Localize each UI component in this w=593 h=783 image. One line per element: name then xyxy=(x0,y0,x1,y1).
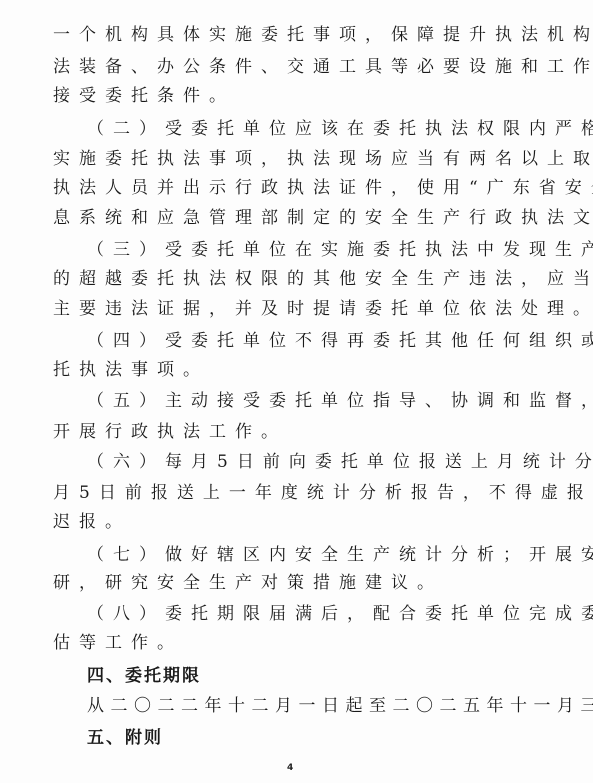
paragraph-7-line-2: 研，研究安全生产对策措施建议。 xyxy=(53,572,533,594)
paragraph-2-line-3: 执法人员并出示行政执法证件，使用“广东省安全生产执法”信 xyxy=(53,177,533,199)
paragraph-2-line-2: 实施委托执法事项，执法现场应当有两名以上取得有效执法证件 xyxy=(53,148,533,170)
paragraph-8-line-1: （八）委托期限届满后，配合委托单位完成委托执法成效评 xyxy=(87,603,567,625)
paragraph-5-line-2: 开展行政执法工作。 xyxy=(53,421,533,443)
paragraph-5-line-1: （五）主动接受委托单位指导、协调和监督，配合委托单位 xyxy=(87,390,567,412)
paragraph-3-line-3: 主要违法证据，并及时提请委托单位依法处理。 xyxy=(53,298,533,320)
paragraph-2-line-1: （二）受委托单位应该在委托执法权限内严格按照法律规定 xyxy=(87,118,567,140)
page-number: 4 xyxy=(287,763,293,773)
paragraph-1-line-2: 法装备、办公条件、交通工具等必要设施和工作经费，确保符合 xyxy=(53,56,533,78)
paragraph-3-line-2: 的超越委托执法权限的其他安全生产违法，应当先行调查，固定 xyxy=(53,268,533,290)
paragraph-4-line-2: 托执法事项。 xyxy=(53,359,533,381)
section-5-heading: 五、附则 xyxy=(87,727,567,749)
paragraph-2-line-4: 息系统和应急管理部制定的安全生产行政执法文书开展执法。 xyxy=(53,207,533,229)
paragraph-4-line-1: （四）受委托单位不得再委托其他任何组织或者个人实施委 xyxy=(87,330,567,352)
paragraph-6-line-3: 迟报。 xyxy=(53,511,533,533)
paragraph-7-line-1: （七）做好辖区内安全生产统计分析；开展安全生产工作调 xyxy=(87,544,567,566)
section-4-body: 从二〇二二年十二月一日起至二〇二五年十一月三十日止。 xyxy=(87,695,567,717)
paragraph-6-line-2: 月5日前报送上一年度统计分析报告，不得虚报、瞒报、拒报或 xyxy=(53,482,533,504)
paragraph-3-line-1: （三）受委托单位在实施委托执法中发现生产经营单位存在 xyxy=(87,239,567,261)
paragraph-1-line-3: 接受委托条件。 xyxy=(53,85,533,107)
paragraph-8-line-2: 估等工作。 xyxy=(53,632,533,654)
paragraph-6-line-1: （六）每月5日前向委托单位报送上月统计分析报告，每年1 xyxy=(87,451,567,473)
paragraph-1-line-1: 一个机构具体实施委托事项，保障提升执法机构与人员编制、执 xyxy=(53,24,533,46)
section-4-heading: 四、委托期限 xyxy=(87,665,567,687)
